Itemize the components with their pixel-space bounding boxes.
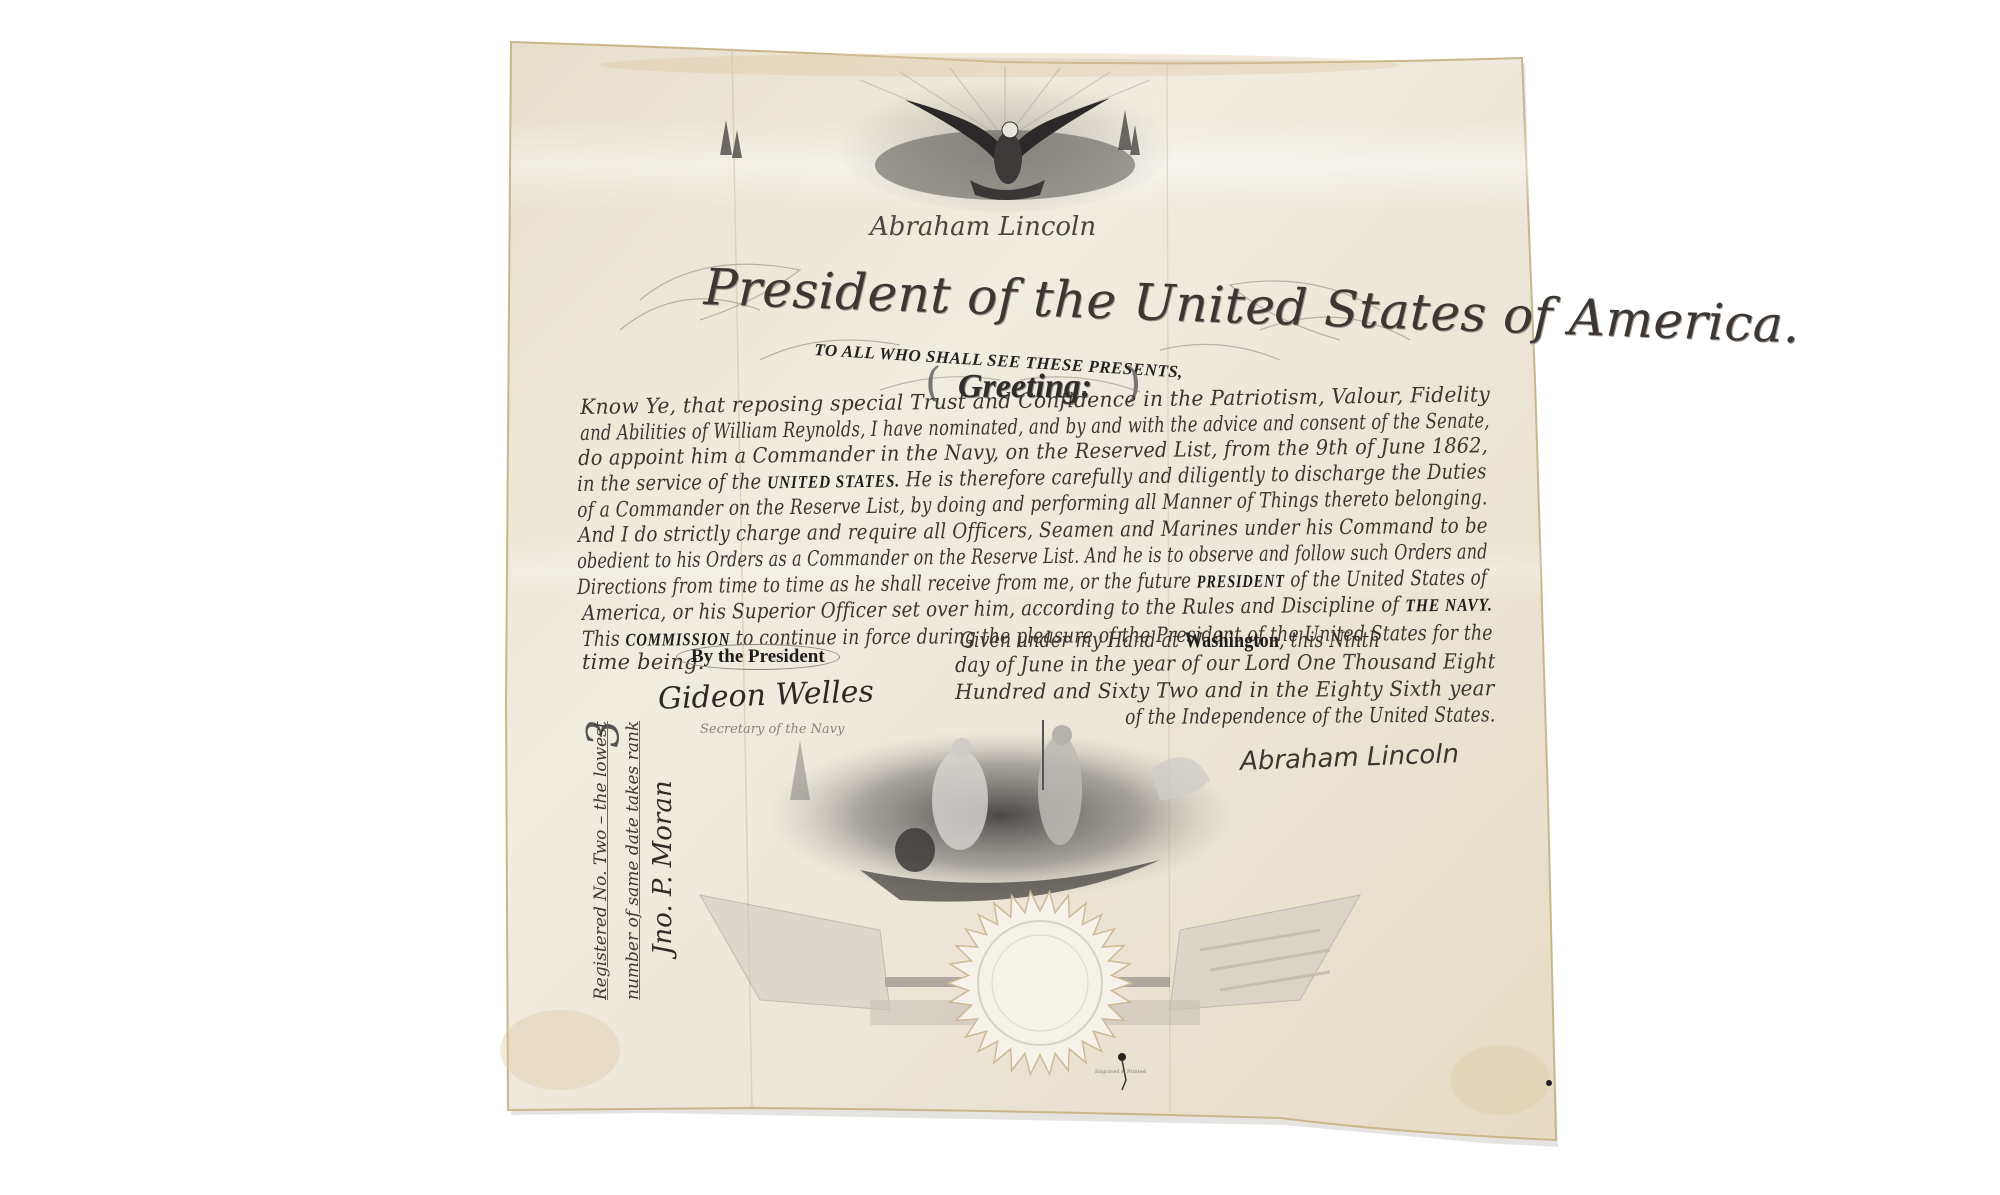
issuer-name: Abraham Lincoln: [870, 212, 1096, 242]
dating-place: Washington: [1185, 627, 1279, 652]
dating-line-1: Given under my Hand at Washington, this …: [960, 627, 1380, 653]
secretary-title: Secretary of the Navy: [700, 722, 844, 737]
engraver-imprint: Engraved & Printed: [1095, 1069, 1146, 1075]
dating-given: Given under my Hand at: [960, 628, 1185, 652]
commission-document: Abraham Lincoln President of the United …: [0, 0, 2000, 1195]
emphasized-word: UNITED STATES.: [767, 470, 900, 492]
dating-line-3: Hundred and Sixty Two and in the Eighty …: [955, 676, 1495, 704]
body-text: of the United States of: [1285, 565, 1488, 591]
body-text: This: [582, 627, 626, 651]
body-text: in the service of the: [577, 469, 767, 496]
dating-line-2: day of June in the year of our Lord One …: [955, 649, 1496, 677]
dating-line-4: of the Independence of the United States…: [1125, 702, 1496, 729]
emphasized-word: PRESIDENT: [1197, 571, 1285, 592]
margin-line-1: Registered No. Two – the lowest: [585, 721, 617, 1000]
dating-day: , this Ninth: [1279, 628, 1380, 652]
emphasized-word: THE NAVY.: [1405, 594, 1493, 615]
margin-signature: Jno. P. Moran: [648, 780, 678, 955]
margin-annotation: Registered No. Two – the lowest number o…: [585, 721, 649, 1000]
margin-line-2: number of same date takes rank: [617, 721, 649, 1000]
by-the-president-label: By the President: [676, 644, 840, 670]
